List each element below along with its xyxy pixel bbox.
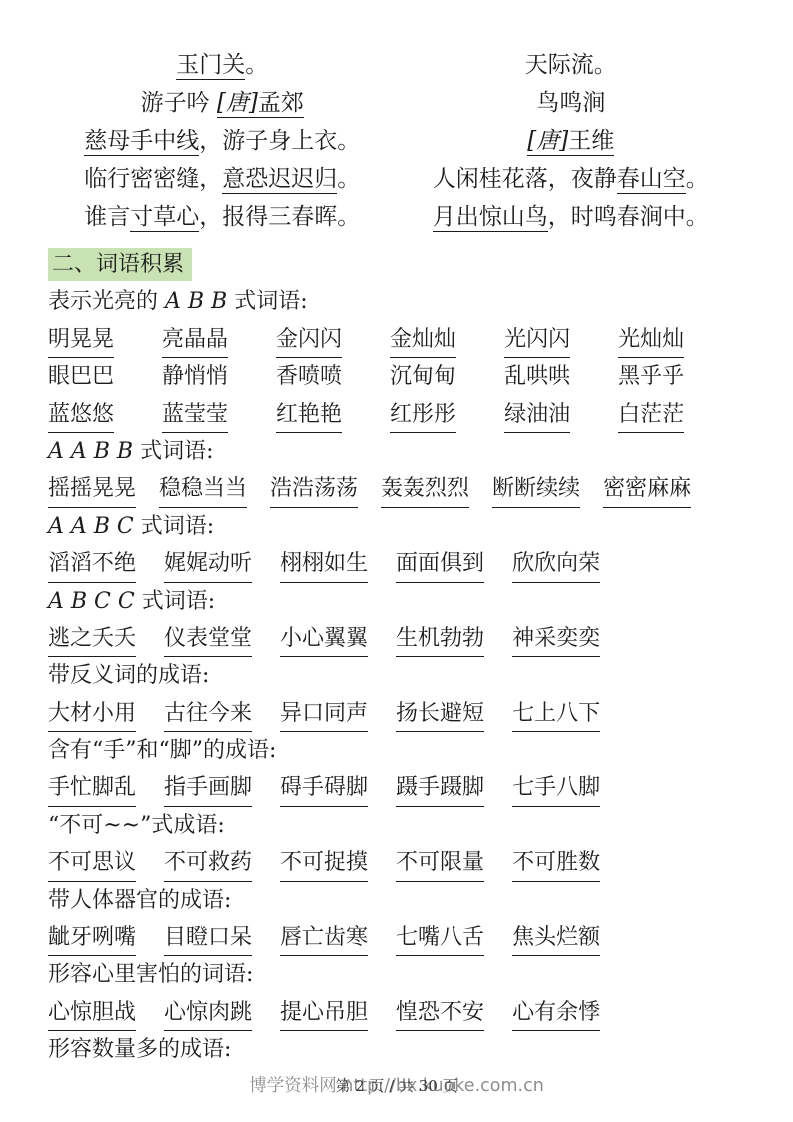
poem-text-segment: 玉门关 — [176, 52, 245, 80]
poem-line: 月出惊山鸟，时鸣春涧中。 — [397, 198, 746, 236]
vocab-word: 手忙脚乱 — [48, 769, 136, 806]
vocab-group-label: “不可~~”式成语: — [48, 807, 745, 844]
poem-text-segment: 月出惊山鸟 — [433, 204, 548, 232]
vocab-word-row: 手忙脚乱指手画脚碍手碍脚蹑手蹑脚七手八脚 — [48, 769, 745, 806]
vocab-word-row: 眼巴巴静悄悄香喷喷沉甸甸乱哄哄黑乎乎 — [48, 358, 745, 395]
vocab-section: 二、词语积累 表示光亮的 A B B 式词语:明晃晃亮晶晶金闪闪金灿灿光闪闪光灿… — [48, 246, 745, 1069]
vocab-word: 红彤彤 — [390, 396, 456, 433]
vocab-word: 蹑手蹑脚 — [396, 769, 484, 806]
poem-text-segment: 王维 — [568, 128, 614, 156]
poem-line: 游子吟 [唐]孟郊 — [48, 84, 397, 122]
vocab-group-label: 带人体器官的成语: — [48, 882, 745, 919]
vocab-word: 碍手碍脚 — [280, 769, 368, 806]
vocab-group-label: 形容心里害怕的词语: — [48, 956, 745, 993]
vocab-word: 栩栩如生 — [280, 545, 368, 582]
vocab-word: 亮晶晶 — [162, 321, 228, 358]
vocab-word: 焦头烂额 — [512, 919, 600, 956]
vocab-word: 滔滔不绝 — [48, 545, 136, 582]
vocab-word-row: 明晃晃亮晶晶金闪闪金灿灿光闪闪光灿灿 — [48, 321, 745, 358]
vocab-word: 指手画脚 — [164, 769, 252, 806]
vocab-word: 乱哄哄 — [504, 358, 570, 395]
vocab-word: 心有余悸 — [512, 994, 600, 1031]
vocab-word: 光灿灿 — [618, 321, 684, 358]
vocab-word: 蓝悠悠 — [48, 396, 114, 433]
vocab-word: 浩浩荡荡 — [270, 470, 358, 507]
vocab-word: 不可限量 — [396, 844, 484, 881]
vocab-group-label: A B C C 式词语: — [48, 583, 745, 620]
poem-text-segment: 。 — [686, 166, 709, 192]
vocab-word: 香喷喷 — [276, 358, 342, 395]
vocab-word: 稳稳当当 — [159, 470, 247, 507]
vocab-word: 静悄悄 — [162, 358, 228, 395]
vocab-word: 提心吊胆 — [280, 994, 368, 1031]
poem-line: 慈母手中线，游子身上衣。 — [48, 122, 397, 160]
poem-line: 临行密密缝，意恐迟迟归。 — [48, 160, 397, 198]
vocab-word-row: 蓝悠悠蓝莹莹红艳艳红彤彤绿油油白茫茫 — [48, 396, 745, 433]
label-latin-letters: A A B C — [48, 514, 141, 539]
vocab-word: 逃之夭夭 — [48, 620, 136, 657]
vocab-word-row: 龇牙咧嘴目瞪口呆唇亡齿寒七嘴八舌焦头烂额 — [48, 919, 745, 956]
vocab-word: 古往今来 — [164, 695, 252, 732]
vocab-group-label: 形容数量多的成语: — [48, 1031, 745, 1068]
poem-section: 玉门关。游子吟 [唐]孟郊慈母手中线，游子身上衣。临行密密缝，意恐迟迟归。谁言寸… — [48, 46, 745, 236]
poem-text-segment: 春山空 — [617, 166, 686, 194]
poem-column-left: 玉门关。游子吟 [唐]孟郊慈母手中线，游子身上衣。临行密密缝，意恐迟迟归。谁言寸… — [48, 46, 397, 236]
vocab-word: 惶恐不安 — [396, 994, 484, 1031]
vocab-word: 不可捉摸 — [280, 844, 368, 881]
vocab-word: 扬长避短 — [396, 695, 484, 732]
poem-column-right: 天际流。鸟鸣涧[唐]王维人闲桂花落，夜静春山空。月出惊山鸟，时鸣春涧中。 — [397, 46, 746, 236]
vocab-word: 不可思议 — [48, 844, 136, 881]
vocab-word: 心惊肉跳 — [164, 994, 252, 1031]
vocab-word: 金闪闪 — [276, 321, 342, 358]
poem-line: 天际流。 — [397, 46, 746, 84]
vocab-word: 断断续续 — [492, 470, 580, 507]
poem-text-segment: 鸟鸣涧 — [536, 90, 605, 116]
vocab-word: 光闪闪 — [504, 321, 570, 358]
poem-text-segment: 慈母手中线 — [84, 128, 199, 156]
vocab-word: 生机勃勃 — [396, 620, 484, 657]
vocab-word: 沉甸甸 — [390, 358, 456, 395]
vocab-word-row: 心惊胆战心惊肉跳提心吊胆惶恐不安心有余悸 — [48, 994, 745, 1031]
vocab-word: 密密麻麻 — [603, 470, 691, 507]
vocab-group-label: A A B C 式词语: — [48, 508, 745, 545]
vocab-word: 娓娓动听 — [164, 545, 252, 582]
vocab-group-label: 表示光亮的 A B B 式词语: — [48, 283, 745, 320]
vocab-word: 大材小用 — [48, 695, 136, 732]
vocab-word-row: 不可思议不可救药不可捉摸不可限量不可胜数 — [48, 844, 745, 881]
poem-line: 人闲桂花落，夜静春山空。 — [397, 160, 746, 198]
vocab-word-row: 滔滔不绝娓娓动听栩栩如生面面俱到欣欣向荣 — [48, 545, 745, 582]
vocab-word: 红艳艳 — [276, 396, 342, 433]
vocab-word: 金灿灿 — [390, 321, 456, 358]
poem-line: 玉门关。 — [48, 46, 397, 84]
page-footer: 博学资料网 http://bx.kuoke.com.cn 第 2 页 / 共 3… — [0, 1072, 793, 1106]
vocab-word: 摇摇晃晃 — [48, 470, 136, 507]
vocab-word: 小心翼翼 — [280, 620, 368, 657]
vocab-word: 七手八脚 — [512, 769, 600, 806]
poem-text-segment: 人闲桂花落，夜静 — [433, 166, 617, 192]
poem-line: 谁言寸草心，报得三春晖。 — [48, 198, 397, 236]
vocab-word: 明晃晃 — [48, 321, 114, 358]
poem-text-segment: [唐] — [527, 128, 568, 156]
poem-line: 鸟鸣涧 — [397, 84, 746, 122]
page-number: 第 2 页 / 共 30 页 — [0, 1075, 793, 1096]
vocab-word: 目瞪口呆 — [164, 919, 252, 956]
section-header: 二、词语积累 — [48, 246, 745, 283]
poem-text-segment: 游子吟 — [141, 90, 217, 116]
vocab-group-label: A A B B 式词语: — [48, 433, 745, 470]
vocab-word: 轰轰烈烈 — [381, 470, 469, 507]
vocab-word: 不可胜数 — [512, 844, 600, 881]
vocab-word: 神采奕奕 — [512, 620, 600, 657]
label-latin-letters: A B C C — [48, 589, 142, 614]
vocab-word: 七上八下 — [512, 695, 600, 732]
vocab-group-label: 含有“手”和“脚”的成语: — [48, 732, 745, 769]
label-latin-letters: A A B B — [48, 439, 140, 464]
poem-text-segment: 孟郊 — [258, 90, 304, 118]
vocab-word: 欣欣向荣 — [512, 545, 600, 582]
vocab-word-row: 摇摇晃晃稳稳当当浩浩荡荡轰轰烈烈断断续续密密麻麻 — [48, 470, 745, 507]
vocab-word: 蓝莹莹 — [162, 396, 228, 433]
vocab-word: 异口同声 — [280, 695, 368, 732]
section-title-highlight: 二、词语积累 — [48, 248, 192, 281]
vocab-word: 黑乎乎 — [618, 358, 684, 395]
vocab-word: 眼巴巴 — [48, 358, 114, 395]
poem-text-segment: 。 — [337, 166, 360, 192]
label-latin-letters: A B B — [165, 289, 234, 314]
vocab-word: 白茫茫 — [618, 396, 684, 433]
vocab-word: 唇亡齿寒 — [280, 919, 368, 956]
vocab-word: 龇牙咧嘴 — [48, 919, 136, 956]
vocab-word: 绿油油 — [504, 396, 570, 433]
poem-text-segment: 寸草心 — [130, 204, 199, 232]
vocab-groups: 表示光亮的 A B B 式词语:明晃晃亮晶晶金闪闪金灿灿光闪闪光灿灿眼巴巴静悄悄… — [48, 283, 745, 1068]
poem-text-segment: 意恐迟迟归 — [222, 166, 337, 194]
vocab-word: 面面俱到 — [396, 545, 484, 582]
poem-text-segment: 天际流。 — [525, 52, 617, 78]
vocab-word-row: 逃之夭夭仪表堂堂小心翼翼生机勃勃神采奕奕 — [48, 620, 745, 657]
poem-text-segment: ，时鸣春涧中。 — [548, 204, 709, 230]
vocab-word: 心惊胆战 — [48, 994, 136, 1031]
poem-text-segment: 。 — [245, 52, 268, 78]
document-page: 玉门关。游子吟 [唐]孟郊慈母手中线，游子身上衣。临行密密缝，意恐迟迟归。谁言寸… — [0, 0, 793, 1122]
poem-text-segment: [唐] — [217, 90, 258, 118]
vocab-word: 不可救药 — [164, 844, 252, 881]
vocab-word: 仪表堂堂 — [164, 620, 252, 657]
poem-text-segment: ，游子身上衣。 — [199, 128, 360, 154]
poem-text-segment: ，报得三春晖。 — [199, 204, 360, 230]
vocab-word-row: 大材小用古往今来异口同声扬长避短七上八下 — [48, 695, 745, 732]
poem-text-segment: 谁言 — [84, 204, 130, 230]
vocab-group-label: 带反义词的成语: — [48, 657, 745, 694]
vocab-word: 七嘴八舌 — [396, 919, 484, 956]
poem-text-segment: 临行密密缝， — [84, 166, 222, 192]
poem-line: [唐]王维 — [397, 122, 746, 160]
